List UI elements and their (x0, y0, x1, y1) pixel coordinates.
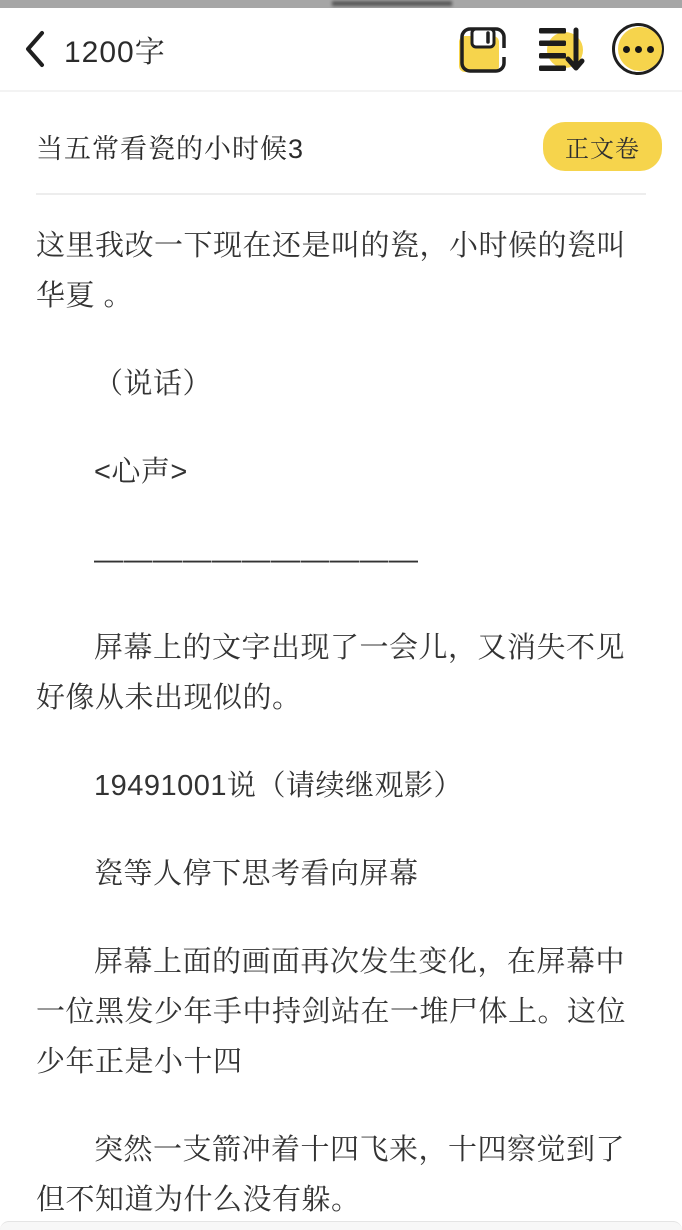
paragraph: <心声> (36, 447, 648, 497)
status-bar-text-remnant (332, 1, 452, 6)
more-button[interactable] (610, 20, 666, 78)
paragraph: 瓷等人停下思考看向屏幕 (36, 849, 648, 899)
chapter-header: 当五常看瓷的小时候3 正文卷 (0, 92, 682, 193)
chapter-title[interactable]: 当五常看瓷的小时候3 (36, 127, 304, 166)
volume-badge[interactable]: 正文卷 (543, 122, 662, 171)
back-button[interactable] (20, 27, 50, 71)
more-ellipsis-icon (612, 23, 664, 75)
sort-button[interactable] (532, 20, 588, 78)
paragraph: 这里我改一下现在还是叫的瓷，小时候的瓷叫华夏 。 (36, 221, 648, 321)
paragraph: 突然一支箭冲着十四飞来，十四察觉到了但不知道为什么没有躲。 (36, 1125, 648, 1225)
paragraph: 屏幕上面的画面再次发生变化，在屏幕中一位黑发少年手中持剑站在一堆尸体上。这位少年… (36, 937, 648, 1087)
save-icon (453, 20, 511, 78)
toolbar-actions (454, 20, 666, 78)
paragraph: ——————————— (36, 535, 648, 585)
chapter-editor[interactable]: 这里我改一下现在还是叫的瓷，小时候的瓷叫华夏 。（说话）<心声>————————… (0, 195, 682, 1225)
top-toolbar: 1200字 (0, 8, 682, 92)
paragraph: 19491001说（请续继观影） (36, 761, 648, 811)
save-button[interactable] (454, 20, 510, 78)
paragraph: 屏幕上的文字出现了一会儿，又消失不见好像从未出现似的。 (36, 623, 648, 723)
status-bar-remnant (0, 0, 682, 8)
chevron-left-icon (20, 27, 50, 71)
word-count-label: 1200字 (64, 27, 166, 71)
sort-descending-icon (531, 20, 589, 78)
paragraph: （说话） (36, 359, 648, 409)
bottom-panel-edge (0, 1221, 682, 1230)
